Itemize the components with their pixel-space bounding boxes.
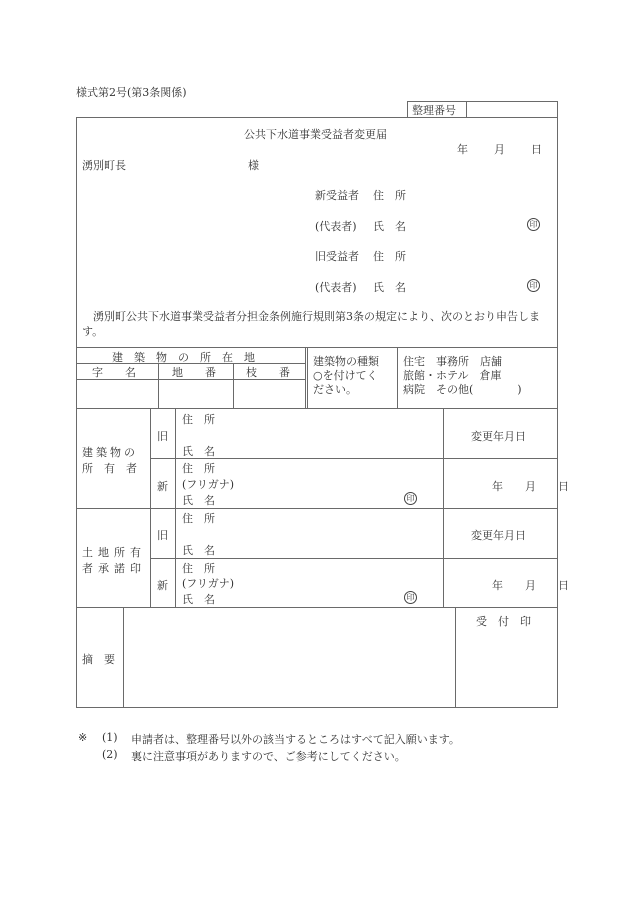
- old-landowner-address-field[interactable]: [216, 509, 436, 524]
- new-representative-name-field[interactable]: [412, 216, 522, 232]
- building-type-options-row-1[interactable]: 住宅 事務所 店舗: [403, 355, 502, 369]
- old-beneficiary-address-label: 住 所: [373, 248, 406, 264]
- addressee-name: 湧別町長: [82, 157, 126, 173]
- building-type-label-3: ださい。: [313, 383, 357, 397]
- new-landowner-name-label: 氏 名: [182, 591, 215, 607]
- change-date-label: 変更年月日: [471, 428, 526, 444]
- landowner-consent-label-2: 者承諾印: [82, 560, 146, 576]
- seal-icon: 印: [527, 218, 540, 231]
- new-beneficiary-label: 新受益者: [315, 187, 359, 203]
- change-date-label: 変更年月日: [471, 527, 526, 543]
- new-owner-furigana-field[interactable]: [245, 475, 435, 490]
- landowner-consent-label-1: 土地所有: [82, 544, 146, 560]
- form-number: 様式第2号(第3条関係): [76, 84, 187, 100]
- old-landowner-address-label: 住 所: [182, 510, 215, 526]
- old-tag: 旧: [157, 527, 168, 543]
- reference-number-label: 整理番号: [412, 102, 456, 118]
- new-representative-label: (代表者): [315, 218, 357, 234]
- note-mark: ※: [78, 731, 87, 744]
- location-header: 建 築 物 の 所 在 地: [112, 349, 255, 365]
- building-owner-label-1: 建築物の: [82, 444, 138, 460]
- column-aza-name: 字 名: [92, 364, 136, 380]
- receipt-stamp-label: 受 付 印: [476, 613, 531, 629]
- old-tag: 旧: [157, 428, 168, 444]
- column-branch-number: 枝 番: [246, 364, 290, 380]
- column-lot-number: 地 番: [172, 364, 216, 380]
- new-representative-name-label: 氏 名: [373, 218, 406, 234]
- note-1-number: (1): [102, 731, 118, 744]
- building-type-options-row-3[interactable]: 病院 その他( ): [403, 383, 522, 397]
- new-owner-name-field[interactable]: [216, 491, 396, 506]
- new-owner-address-label: 住 所: [182, 460, 215, 476]
- old-representative-name-field[interactable]: [412, 277, 522, 293]
- old-landowner-name-label: 氏 名: [182, 542, 215, 558]
- new-landowner-address-field[interactable]: [216, 559, 436, 574]
- new-landowner-address-label: 住 所: [182, 560, 215, 576]
- branch-number-field[interactable]: [235, 381, 304, 407]
- old-beneficiary-address-field[interactable]: [412, 246, 522, 262]
- new-owner-address-field[interactable]: [216, 459, 436, 474]
- old-owner-name-label: 氏 名: [182, 443, 215, 459]
- building-type-label-1: 建築物の種類: [313, 355, 379, 369]
- summary-field[interactable]: [125, 609, 453, 705]
- change-date-value[interactable]: 年 月 日: [492, 478, 569, 494]
- seal-icon: 印: [404, 591, 417, 604]
- date-year: 年: [457, 141, 468, 157]
- old-representative-name-label: 氏 名: [373, 279, 406, 295]
- old-beneficiary-label: 旧受益者: [315, 248, 359, 264]
- old-representative-label: (代表者): [315, 279, 357, 295]
- building-owner-label-2: 所 有 者: [82, 460, 137, 476]
- new-landowner-furigana-field[interactable]: [245, 574, 435, 589]
- new-beneficiary-address-label: 住 所: [373, 187, 406, 203]
- new-beneficiary-address-field[interactable]: [412, 185, 522, 201]
- building-type-label-2: ○を付けてく: [313, 369, 378, 383]
- note-2-number: (2): [102, 748, 118, 761]
- aza-name-field[interactable]: [78, 381, 156, 407]
- note-1-text: 申請者は、整理番号以外の該当するところはすべて記入願います。: [131, 731, 460, 747]
- old-owner-name-field[interactable]: [216, 442, 436, 457]
- new-owner-name-label: 氏 名: [182, 492, 215, 508]
- change-date-value[interactable]: 年 月 日: [492, 577, 569, 593]
- note-2-text: 裏に注意事項がありますので、ご参考にしてください。: [131, 748, 406, 764]
- new-tag: 新: [157, 478, 168, 494]
- form-title: 公共下水道事業受益者変更届: [244, 126, 387, 142]
- addressee-honorific: 様: [248, 157, 259, 173]
- old-owner-address-label: 住 所: [182, 411, 215, 427]
- declaration-text: 湧別町公共下水道事業受益者分担金条例施行規則第3条の規定により、次のとおり申告し…: [82, 309, 552, 339]
- date-day: 日: [531, 141, 542, 157]
- summary-label: 摘 要: [82, 651, 115, 667]
- lot-number-field[interactable]: [160, 381, 232, 407]
- new-landowner-name-field[interactable]: [216, 590, 396, 605]
- seal-icon: 印: [527, 279, 540, 292]
- seal-icon: 印: [404, 492, 417, 505]
- old-landowner-name-field[interactable]: [216, 541, 436, 556]
- new-landowner-furigana-label: (フリガナ): [182, 575, 234, 591]
- building-type-options-row-2[interactable]: 旅館・ホテル 倉庫: [403, 369, 501, 383]
- reference-number-field[interactable]: [468, 102, 556, 116]
- new-owner-furigana-label: (フリガナ): [182, 476, 234, 492]
- date-month: 月: [494, 141, 505, 157]
- new-tag: 新: [157, 577, 168, 593]
- old-owner-address-field[interactable]: [216, 410, 436, 425]
